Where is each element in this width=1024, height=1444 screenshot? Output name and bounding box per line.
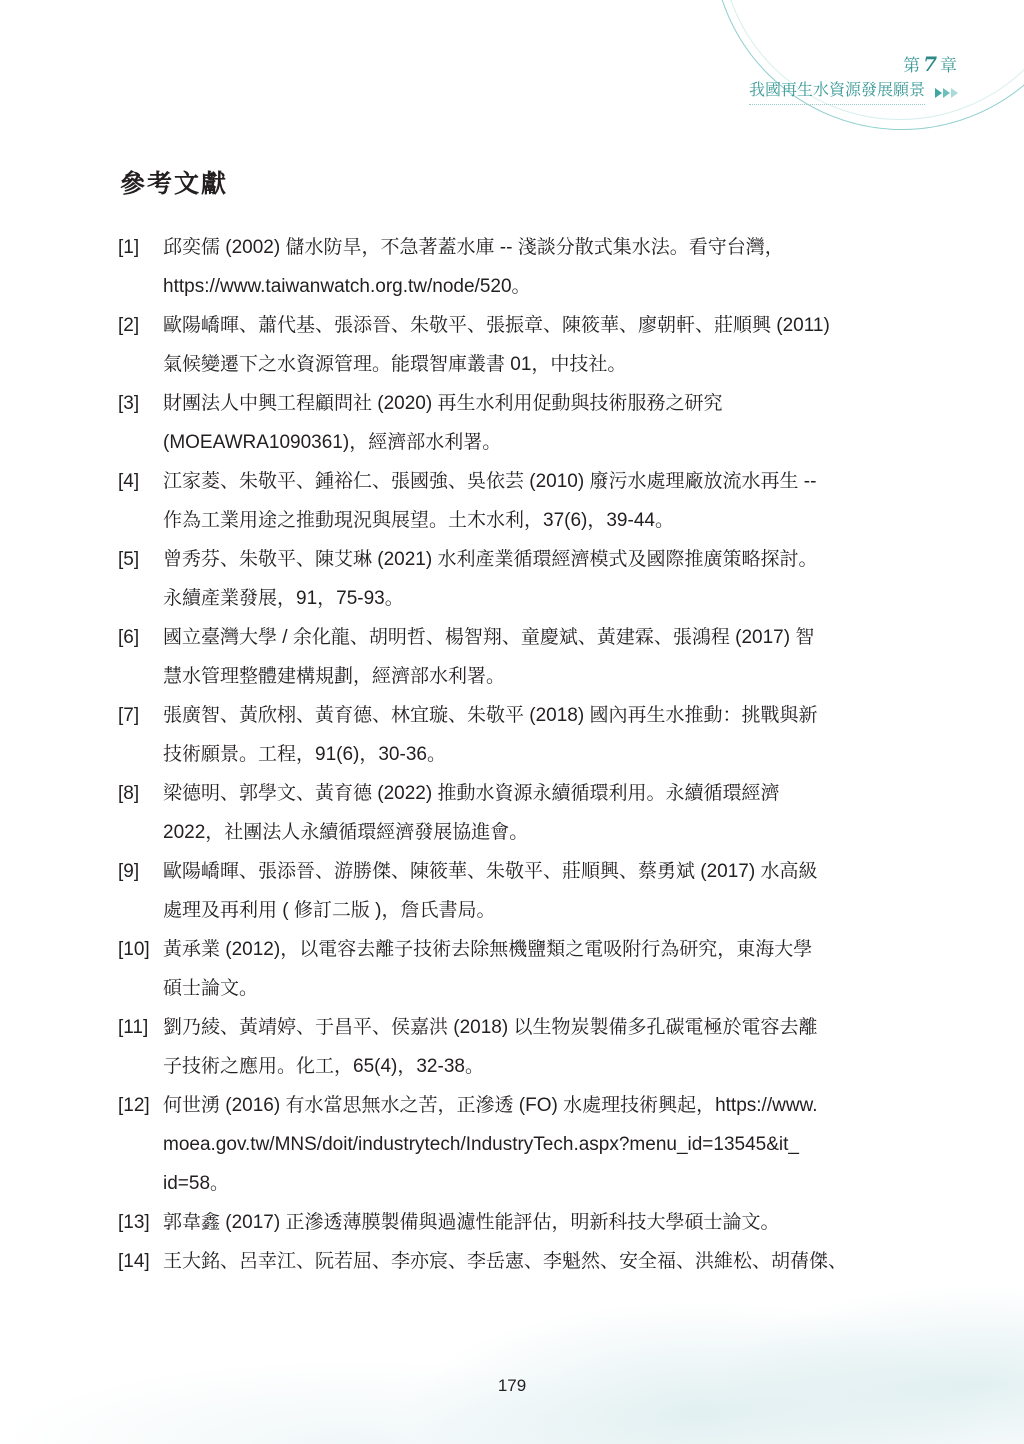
triple-arrow-icon	[935, 88, 958, 98]
reference-line: 國立臺灣大學 / 余化龍、胡明哲、楊智翔、童慶斌、黃建霖、張鴻程 (2017) …	[163, 618, 918, 657]
reference-line: 曾秀芬、朱敬平、陳艾琳 (2021) 水利產業循環經濟模式及國際推廣策略探討。	[163, 540, 918, 579]
reference-item: [7]張廣智、黃欣栩、黃育德、林宜璇、朱敬平 (2018) 國內再生水推動：挑戰…	[118, 696, 918, 774]
reference-line: 碩士論文。	[163, 969, 918, 1008]
reference-list: [1]邱奕儒 (2002) 儲水防旱，不急著蓋水庫 -- 淺談分散式集水法。看守…	[118, 228, 918, 1281]
reference-text: 邱奕儒 (2002) 儲水防旱，不急著蓋水庫 -- 淺談分散式集水法。看守台灣，…	[163, 228, 918, 306]
reference-line: 技術願景。工程，91(6)，30-36。	[163, 735, 918, 774]
page-number: 179	[0, 1376, 1024, 1396]
reference-line: 永續產業發展，91，75-93。	[163, 579, 918, 618]
reference-number: [13]	[118, 1203, 163, 1242]
reference-number: [9]	[118, 852, 163, 930]
reference-line: 歐陽嶠暉、蕭代基、張添晉、朱敬平、張振章、陳筱華、廖朝軒、莊順興 (2011)	[163, 306, 918, 345]
reference-line: 作為工業用途之推動現況與展望。土木水利，37(6)，39-44。	[163, 501, 918, 540]
chapter-label: 第7章	[749, 52, 958, 78]
reference-line: 張廣智、黃欣栩、黃育德、林宜璇、朱敬平 (2018) 國內再生水推動：挑戰與新	[163, 696, 918, 735]
chapter-suffix: 章	[940, 56, 958, 75]
reference-line: 氣候變遷下之水資源管理。能環智庫叢書 01，中技社。	[163, 345, 918, 384]
reference-line: 子技術之應用。化工，65(4)，32-38。	[163, 1047, 918, 1086]
reference-number: [12]	[118, 1086, 163, 1203]
reference-line: 郭韋鑫 (2017) 正滲透薄膜製備與過濾性能評估，明新科技大學碩士論文。	[163, 1203, 918, 1242]
reference-number: [10]	[118, 930, 163, 1008]
reference-item: [3]財團法人中興工程顧問社 (2020) 再生水利用促動與技術服務之研究(MO…	[118, 384, 918, 462]
reference-item: [6]國立臺灣大學 / 余化龍、胡明哲、楊智翔、童慶斌、黃建霖、張鴻程 (201…	[118, 618, 918, 696]
reference-line: 劉乃綾、黃靖婷、于昌平、侯嘉洪 (2018) 以生物炭製備多孔碳電極於電容去離	[163, 1008, 918, 1047]
reference-text: 王大銘、呂幸江、阮若屈、李亦宸、李岳憲、李魁然、安全福、洪維松、胡蒨傑、	[163, 1242, 918, 1281]
reference-number: [11]	[118, 1008, 163, 1086]
reference-number: [8]	[118, 774, 163, 852]
reference-line: 何世湧 (2016) 有水當思無水之苦，正滲透 (FO) 水處理技術興起，htt…	[163, 1086, 918, 1125]
chapter-title: 我國再生水資源發展願景	[749, 80, 925, 105]
reference-item: [13]郭韋鑫 (2017) 正滲透薄膜製備與過濾性能評估，明新科技大學碩士論文…	[118, 1203, 918, 1242]
reference-number: [3]	[118, 384, 163, 462]
reference-number: [5]	[118, 540, 163, 618]
reference-text: 國立臺灣大學 / 余化龍、胡明哲、楊智翔、童慶斌、黃建霖、張鴻程 (2017) …	[163, 618, 918, 696]
reference-text: 歐陽嶠暉、蕭代基、張添晉、朱敬平、張振章、陳筱華、廖朝軒、莊順興 (2011)氣…	[163, 306, 918, 384]
reference-item: [11]劉乃綾、黃靖婷、于昌平、侯嘉洪 (2018) 以生物炭製備多孔碳電極於電…	[118, 1008, 918, 1086]
reference-text: 江家菱、朱敬平、鍾裕仁、張國強、吳依芸 (2010) 廢污水處理廠放流水再生 -…	[163, 462, 918, 540]
reference-text: 歐陽嶠暉、張添晉、游勝傑、陳筱華、朱敬平、莊順興、蔡勇斌 (2017) 水高級處…	[163, 852, 918, 930]
reference-line: https://www.taiwanwatch.org.tw/node/520。	[163, 267, 918, 306]
reference-text: 曾秀芬、朱敬平、陳艾琳 (2021) 水利產業循環經濟模式及國際推廣策略探討。永…	[163, 540, 918, 618]
reference-number: [4]	[118, 462, 163, 540]
reference-line: 江家菱、朱敬平、鍾裕仁、張國強、吳依芸 (2010) 廢污水處理廠放流水再生 -…	[163, 462, 918, 501]
reference-number: [1]	[118, 228, 163, 306]
section-title: 參考文獻	[120, 164, 228, 200]
reference-text: 何世湧 (2016) 有水當思無水之苦，正滲透 (FO) 水處理技術興起，htt…	[163, 1086, 918, 1203]
chapter-title-row: 我國再生水資源發展願景	[749, 80, 958, 105]
reference-text: 郭韋鑫 (2017) 正滲透薄膜製備與過濾性能評估，明新科技大學碩士論文。	[163, 1203, 918, 1242]
reference-line: 邱奕儒 (2002) 儲水防旱，不急著蓋水庫 -- 淺談分散式集水法。看守台灣，	[163, 228, 918, 267]
reference-text: 梁德明、郭學文、黃育德 (2022) 推動水資源永續循環利用。永續循環經濟202…	[163, 774, 918, 852]
reference-text: 財團法人中興工程顧問社 (2020) 再生水利用促動與技術服務之研究(MOEAW…	[163, 384, 918, 462]
reference-line: 慧水管理整體建構規劃，經濟部水利署。	[163, 657, 918, 696]
reference-item: [5]曾秀芬、朱敬平、陳艾琳 (2021) 水利產業循環經濟模式及國際推廣策略探…	[118, 540, 918, 618]
reference-number: [6]	[118, 618, 163, 696]
reference-line: 處理及再利用 ( 修訂二版 )，詹氏書局。	[163, 891, 918, 930]
reference-line: moea.gov.tw/MNS/doit/industrytech/Indust…	[163, 1125, 918, 1164]
reference-line: 黃承業 (2012)，以電容去離子技術去除無機鹽類之電吸附行為研究，東海大學	[163, 930, 918, 969]
reference-line: 歐陽嶠暉、張添晉、游勝傑、陳筱華、朱敬平、莊順興、蔡勇斌 (2017) 水高級	[163, 852, 918, 891]
reference-line: 2022，社團法人永續循環經濟發展協進會。	[163, 813, 918, 852]
reference-line: 梁德明、郭學文、黃育德 (2022) 推動水資源永續循環利用。永續循環經濟	[163, 774, 918, 813]
reference-item: [2]歐陽嶠暉、蕭代基、張添晉、朱敬平、張振章、陳筱華、廖朝軒、莊順興 (201…	[118, 306, 918, 384]
reference-line: 王大銘、呂幸江、阮若屈、李亦宸、李岳憲、李魁然、安全福、洪維松、胡蒨傑、	[163, 1242, 918, 1281]
reference-item: [9]歐陽嶠暉、張添晉、游勝傑、陳筱華、朱敬平、莊順興、蔡勇斌 (2017) 水…	[118, 852, 918, 930]
reference-item: [4]江家菱、朱敬平、鍾裕仁、張國強、吳依芸 (2010) 廢污水處理廠放流水再…	[118, 462, 918, 540]
chapter-number: 7	[923, 52, 938, 76]
reference-item: [10]黃承業 (2012)，以電容去離子技術去除無機鹽類之電吸附行為研究，東海…	[118, 930, 918, 1008]
reference-item: [12]何世湧 (2016) 有水當思無水之苦，正滲透 (FO) 水處理技術興起…	[118, 1086, 918, 1203]
reference-number: [14]	[118, 1242, 163, 1281]
chapter-header: 第7章 我國再生水資源發展願景	[749, 52, 958, 105]
reference-text: 劉乃綾、黃靖婷、于昌平、侯嘉洪 (2018) 以生物炭製備多孔碳電極於電容去離子…	[163, 1008, 918, 1086]
reference-line: 財團法人中興工程顧問社 (2020) 再生水利用促動與技術服務之研究	[163, 384, 918, 423]
reference-item: [8]梁德明、郭學文、黃育德 (2022) 推動水資源永續循環利用。永續循環經濟…	[118, 774, 918, 852]
reference-item: [1]邱奕儒 (2002) 儲水防旱，不急著蓋水庫 -- 淺談分散式集水法。看守…	[118, 228, 918, 306]
reference-number: [2]	[118, 306, 163, 384]
reference-item: [14]王大銘、呂幸江、阮若屈、李亦宸、李岳憲、李魁然、安全福、洪維松、胡蒨傑、	[118, 1242, 918, 1281]
reference-line: (MOEAWRA1090361)，經濟部水利署。	[163, 423, 918, 462]
reference-text: 黃承業 (2012)，以電容去離子技術去除無機鹽類之電吸附行為研究，東海大學碩士…	[163, 930, 918, 1008]
reference-line: id=58。	[163, 1164, 918, 1203]
chapter-prefix: 第	[903, 56, 921, 75]
reference-number: [7]	[118, 696, 163, 774]
reference-text: 張廣智、黃欣栩、黃育德、林宜璇、朱敬平 (2018) 國內再生水推動：挑戰與新技…	[163, 696, 918, 774]
